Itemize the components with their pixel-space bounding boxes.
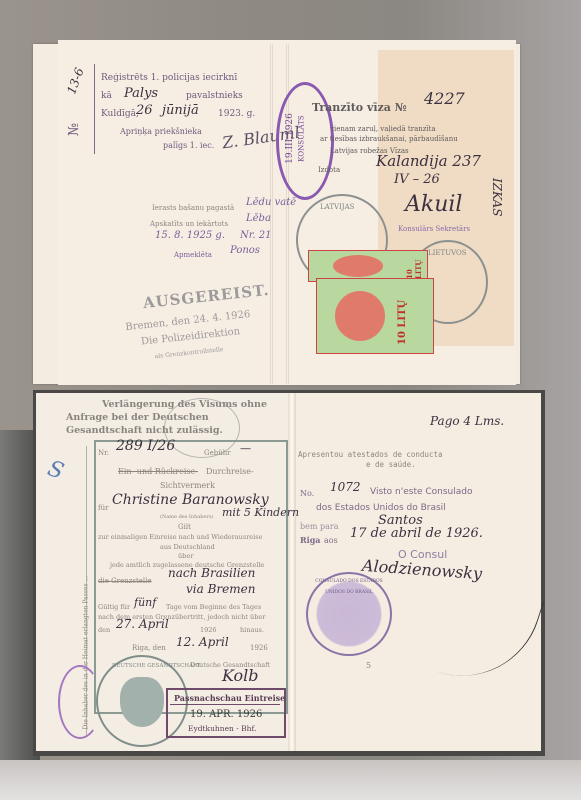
registration-note-number: Nr. 21 — [240, 230, 272, 241]
visa-nr-value: 289 I/26 — [116, 438, 175, 454]
payment-note: Pago 4 Lms. — [430, 414, 504, 428]
visa-fee-label: Gebühr — [204, 448, 231, 459]
registration-note-line1: Ierasts bašanu pagastā — [152, 203, 234, 214]
transit-visa-title: Tranzīto vīza № — [312, 102, 407, 113]
brazil-consulate-seal: CONSULADO DOS ESTADOS UNIDOS DO BRASIL — [306, 572, 392, 656]
registration-year: 1923. g. — [218, 109, 255, 120]
visa-issued-year: 1926 — [250, 643, 268, 654]
brazil-visa-nr-label: No. — [300, 488, 314, 499]
background-surface — [0, 760, 581, 800]
transit-visa-signature: Akuil — [405, 192, 462, 217]
visa-holder-extra: mit 5 Kindern — [222, 506, 299, 519]
fee-stamp-1-label: 10 LITŲ — [405, 253, 423, 279]
transit-visa-place-label: Izdota — [318, 165, 340, 176]
brazil-visa-nr: 1072 — [330, 480, 361, 494]
oval-stamp-date: 19.III.1926 — [285, 113, 296, 164]
brazil-visa-line1: Visto n'este Consulado — [370, 487, 473, 498]
entry-stamp-place: Eydtkuhnen - Bhf. — [188, 723, 256, 734]
lithuanian-seal-text: LIETUVOS — [428, 248, 467, 259]
visa-valid-until-prefix: den — [98, 625, 110, 636]
registration-note-date: 15. 8. 1925 g. — [155, 230, 225, 241]
visa-type-struck: Ein- und Rückreise- — [118, 466, 198, 477]
registration-note-line4: Apmeklēta — [174, 250, 212, 261]
visa-signature: Kolb — [222, 666, 259, 685]
latvian-seal-text: LATVIJAS — [320, 202, 354, 213]
registration-line1: Reģistrēts 1. policijas iecirknī — [101, 73, 237, 84]
visa-for-label: für — [98, 503, 108, 514]
registration-number-value: 13-6 — [64, 66, 86, 96]
registration-line2-prefix: kā — [101, 91, 112, 102]
transit-visa-signature-title: Konsulārs Sekretārs — [398, 224, 470, 235]
visa-dest-label: die Grenzstelle — [98, 576, 152, 587]
registration-line4: Apriņķa priekšnieka — [120, 126, 202, 137]
visa-destination: nach Brasilien — [168, 566, 255, 580]
registration-number-label: № — [69, 123, 80, 136]
fee-stamp-2: 10 LITŲ — [316, 278, 434, 354]
registration-note-line2-value: Lēba — [246, 213, 271, 224]
registration-line2-suffix: pavalstnieks — [186, 91, 243, 102]
brazil-visa-date: 17 de abril de 1926. — [350, 526, 483, 541]
registration-note-line4-value: Ponos — [230, 245, 260, 256]
registration-month: jūnijā — [162, 103, 199, 118]
ausgereist-line3: als Grenzkontrollstelle — [154, 344, 224, 362]
visa-issued-date: 12. April — [176, 635, 229, 649]
passport-spine — [288, 393, 296, 751]
fee-stamp-2-label: 10 LITŲ — [397, 285, 408, 345]
transit-visa-side-letters: IZKAS — [490, 178, 504, 216]
brazil-visa-place: Riga — [300, 535, 320, 546]
eagle-seal-text: DEUTSCHE GESANDTSCHAFT — [112, 661, 201, 672]
page-mark: 5 — [366, 660, 371, 671]
visa-type: Durchreise- — [206, 466, 254, 477]
entry-stamp: Passnachschau Eintreise 19. APR. 1926 Ey… — [166, 688, 286, 738]
transit-visa-date: IV – 26 — [394, 172, 440, 187]
partial-seal — [58, 665, 102, 739]
visa-title: Sichtvermerk — [160, 480, 215, 491]
right-header-line2: e de saúde. — [366, 459, 416, 470]
visa-issued-place: Riga, den — [132, 643, 166, 654]
visa-valid-days: fünf — [134, 596, 156, 609]
registration-line5: palīgs 1. iec. — [163, 140, 214, 151]
transit-visa-line2: ar tiesības izbraukšanai, pārbaudīšanu — [320, 134, 458, 145]
registration-note-line2: Apskatīts un iekārtots — [150, 219, 228, 230]
entry-stamp-date: 19. APR. 1926 — [190, 709, 262, 720]
eagle-icon — [120, 677, 164, 727]
registration-line2-value: Palys — [124, 86, 158, 101]
visa-fee-value: — — [240, 442, 251, 455]
brazil-visa-date-prefix: aos — [324, 535, 338, 546]
registration-line3-prefix: Kuldīgā, — [101, 109, 139, 120]
registration-day: 26 — [136, 103, 153, 118]
registration-note-line1-value: Lēdu vatē — [246, 197, 296, 208]
transit-visa-number: 4227 — [424, 89, 465, 108]
brazil-seal-text: CONSULADO DOS ESTADOS UNIDOS DO BRASIL — [314, 576, 384, 598]
transit-visa-place: Kalandija 237 — [376, 152, 481, 170]
registration-number-column: № 13-6 — [64, 64, 95, 154]
entry-stamp-title: Passnachschau Eintreise — [174, 693, 285, 704]
oval-stamp-text: KONSULĀTS — [297, 115, 308, 161]
visa-valid-until-suffix: hinaus. — [240, 625, 264, 636]
visa-nr-label: Nr. — [98, 448, 109, 459]
visa-via: via Bremen — [186, 582, 255, 596]
brazil-visa-line3-label: bem para — [300, 521, 338, 532]
visa-valid-until: 27. April — [116, 617, 169, 631]
